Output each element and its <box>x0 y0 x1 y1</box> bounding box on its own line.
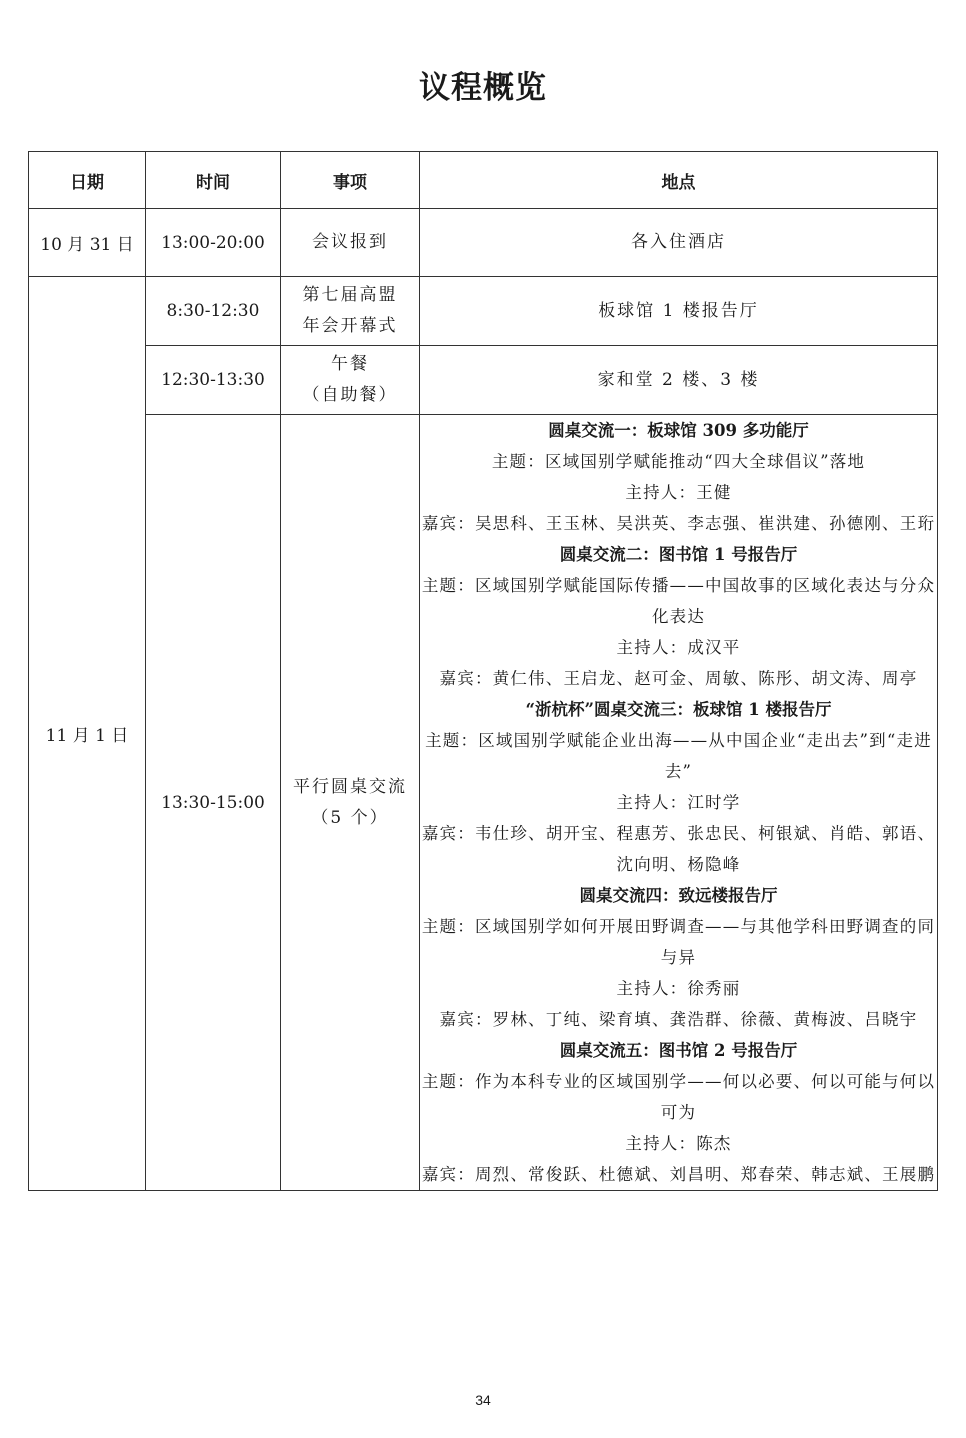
cell-item: 第七届高盟 年会开幕式 <box>281 277 420 346</box>
roundtable-4: 圆桌交流四：致远楼报告厅 主题：区域国别学如何开展田野调查——与其他学科田野调查… <box>420 880 937 1035</box>
cell-date: 11 月 1 日 <box>29 277 146 1191</box>
header-date: 日期 <box>29 152 146 209</box>
cell-time: 8:30-12:30 <box>146 277 281 346</box>
item-line: 第七届高盟 <box>281 280 419 311</box>
page-title: 议程概览 <box>0 62 966 107</box>
roundtable-title: 圆桌交流二：图书馆 1 号报告厅 <box>420 539 937 570</box>
roundtable-theme: 主题：区域国别学赋能推动“四大全球倡议”落地 <box>420 446 937 477</box>
table-row: 11 月 1 日 8:30-12:30 第七届高盟 年会开幕式 板球馆 1 楼报… <box>29 277 938 346</box>
cell-item: 会议报到 <box>281 209 420 277</box>
header-item: 事项 <box>281 152 420 209</box>
header-location: 地点 <box>420 152 938 209</box>
cell-time: 13:00-20:00 <box>146 209 281 277</box>
roundtable-theme: 主题：区域国别学如何开展田野调查——与其他学科田野调查的同与异 <box>420 911 937 973</box>
roundtable-1: 圆桌交流一：板球馆 309 多功能厅 主题：区域国别学赋能推动“四大全球倡议”落… <box>420 415 937 539</box>
roundtable-host: 主持人：江时学 <box>420 787 937 818</box>
roundtable-guests: 嘉宾：韦仕珍、胡开宝、程惠芳、张忠民、柯银斌、肖皓、郭语、沈向明、杨隐峰 <box>420 818 937 880</box>
roundtable-theme: 主题：作为本科专业的区域国别学——何以必要、何以可能与何以可为 <box>420 1066 937 1128</box>
roundtable-title: “浙杭杯”圆桌交流三：板球馆 1 楼报告厅 <box>420 694 937 725</box>
item-line: 午餐 <box>281 349 419 380</box>
roundtable-5: 圆桌交流五：图书馆 2 号报告厅 主题：作为本科专业的区域国别学——何以必要、何… <box>420 1035 937 1190</box>
roundtable-3: “浙杭杯”圆桌交流三：板球馆 1 楼报告厅 主题：区域国别学赋能企业出海——从中… <box>420 694 937 880</box>
cell-location: 板球馆 1 楼报告厅 <box>420 277 938 346</box>
cell-time: 12:30-13:30 <box>146 346 281 415</box>
roundtable-theme: 主题：区域国别学赋能企业出海——从中国企业“走出去”到“走进去” <box>420 725 937 787</box>
roundtable-host: 主持人：成汉平 <box>420 632 937 663</box>
item-line: 平行圆桌交流 <box>281 772 419 803</box>
item-line: （自助餐） <box>281 380 419 411</box>
table-row: 13:30-15:00 平行圆桌交流 （5 个） 圆桌交流一：板球馆 309 多… <box>29 415 938 1191</box>
item-line: 年会开幕式 <box>281 311 419 342</box>
cell-date: 10 月 31 日 <box>29 209 146 277</box>
agenda-table: 日期 时间 事项 地点 10 月 31 日 13:00-20:00 会议报到 各… <box>28 151 938 1191</box>
cell-location: 家和堂 2 楼、3 楼 <box>420 346 938 415</box>
header-time: 时间 <box>146 152 281 209</box>
cell-item: 平行圆桌交流 （5 个） <box>281 415 420 1191</box>
table-header-row: 日期 时间 事项 地点 <box>29 152 938 209</box>
roundtable-theme: 主题：区域国别学赋能国际传播——中国故事的区域化表达与分众化表达 <box>420 570 937 632</box>
cell-roundtables: 圆桌交流一：板球馆 309 多功能厅 主题：区域国别学赋能推动“四大全球倡议”落… <box>420 415 938 1191</box>
table-row: 12:30-13:30 午餐 （自助餐） 家和堂 2 楼、3 楼 <box>29 346 938 415</box>
roundtable-title: 圆桌交流一：板球馆 309 多功能厅 <box>420 415 937 446</box>
cell-location: 各入住酒店 <box>420 209 938 277</box>
cell-time: 13:30-15:00 <box>146 415 281 1191</box>
roundtable-guests: 嘉宾：吴思科、王玉林、吴洪英、李志强、崔洪建、孙德刚、王珩 <box>420 508 937 539</box>
roundtable-title: 圆桌交流四：致远楼报告厅 <box>420 880 937 911</box>
roundtable-title: 圆桌交流五：图书馆 2 号报告厅 <box>420 1035 937 1066</box>
page-number: 34 <box>0 1392 966 1408</box>
roundtable-guests: 嘉宾：罗林、丁纯、梁育填、龚浩群、徐薇、黄梅波、吕晓宇 <box>420 1004 937 1035</box>
item-line: （5 个） <box>281 803 419 834</box>
roundtable-guests: 嘉宾：周烈、常俊跃、杜德斌、刘昌明、郑春荣、韩志斌、王展鹏 <box>420 1159 937 1190</box>
table-row: 10 月 31 日 13:00-20:00 会议报到 各入住酒店 <box>29 209 938 277</box>
roundtable-host: 主持人：王健 <box>420 477 937 508</box>
roundtable-2: 圆桌交流二：图书馆 1 号报告厅 主题：区域国别学赋能国际传播——中国故事的区域… <box>420 539 937 694</box>
roundtable-guests: 嘉宾：黄仁伟、王启龙、赵可金、周敏、陈彤、胡文涛、周亭 <box>420 663 937 694</box>
cell-item: 午餐 （自助餐） <box>281 346 420 415</box>
roundtable-host: 主持人：徐秀丽 <box>420 973 937 1004</box>
roundtable-host: 主持人：陈杰 <box>420 1128 937 1159</box>
